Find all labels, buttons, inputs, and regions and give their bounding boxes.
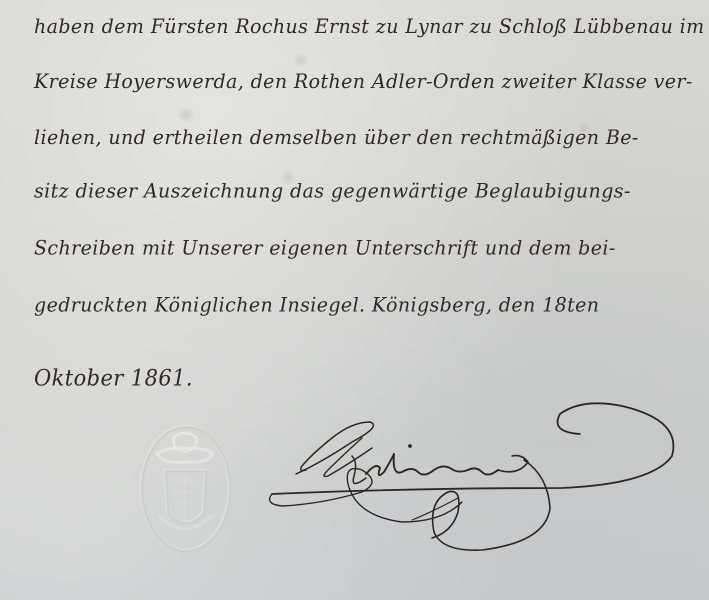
text-line-2: Kreise Hoyerswerda, den Rothen Adler-Ord…	[34, 70, 693, 93]
signature-flourish: Wilhelm	[262, 392, 702, 572]
text-line-1: haben dem Fürsten Rochus Ernst zu Lynar …	[34, 15, 705, 38]
embossed-seal-icon	[137, 420, 233, 556]
text-line-5: Schreiben mit Unserer eigenen Unterschri…	[34, 237, 616, 260]
text-line-7-date: Oktober 1861.	[34, 366, 193, 391]
paper-stain	[296, 56, 306, 65]
signature-name: Wilhelm	[382, 457, 465, 481]
text-line-4: sitz dieser Auszeichnung das gegenwärtig…	[34, 180, 631, 203]
text-line-3: liehen, und ertheilen demselben über den…	[34, 126, 639, 149]
text-line-6: gedruckten Königlichen Insiegel. Königsb…	[34, 294, 599, 317]
paper-stain	[180, 110, 192, 120]
